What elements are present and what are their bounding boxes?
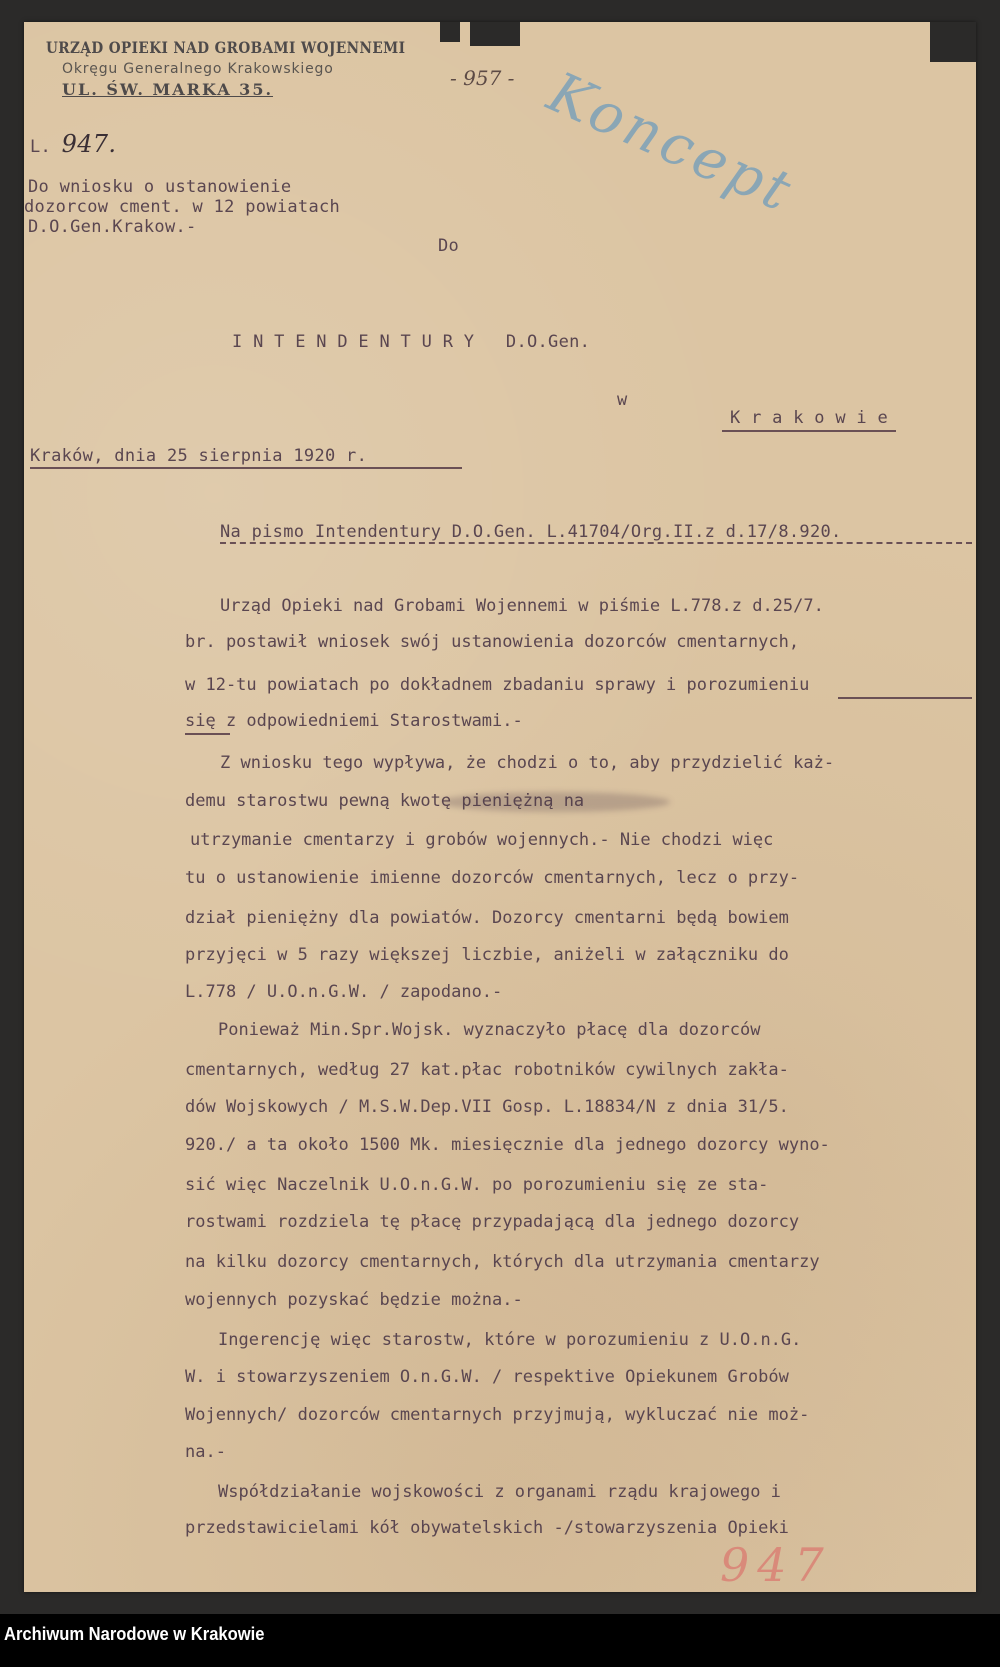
body-line: dów Wojskowych / M.S.W.Dep.VII Gosp. L.1… [185, 1097, 789, 1117]
page-number: - 957 - [450, 66, 514, 90]
body-line: Wojennych/ dozorców cmentarnych przyjmuj… [185, 1405, 809, 1425]
body-line: utrzymanie cmentarzy i grobów wojennych.… [190, 830, 773, 850]
body-line: Urząd Opieki nad Grobami Wojennemi w piś… [220, 596, 824, 616]
body-line: Współdziałanie wojskowości z organami rz… [218, 1482, 781, 1502]
letterhead-line-1: URZĄD OPIEKI NAD GROBAMI WOJENNEMI [46, 38, 405, 57]
body-line: przedstawicielami kół obywatelskich -/st… [185, 1518, 789, 1538]
letterhead-line-3: UL. ŚW. MARKA 35. [62, 80, 273, 99]
body-line: W. i stowarzyszeniem O.n.G.W. / respekti… [185, 1367, 789, 1387]
letterhead-line-2: Okręgu Generalnego Krakowskiego [62, 61, 334, 77]
addressee-name: I N T E N D E N T U R Y D.O.Gen. [232, 332, 590, 352]
underline-porozumieniu [838, 697, 972, 699]
paper-tear [930, 22, 976, 62]
reference-handwritten: 947. [62, 130, 117, 158]
body-line: na.- [185, 1442, 226, 1462]
body-line: Z wniosku tego wypływa, że chodzi o to, … [220, 753, 834, 773]
body-line: cmentarnych, według 27 kat.płac robotnik… [185, 1060, 789, 1080]
body-line: L.778 / U.O.n.G.W. / zapodano.- [185, 982, 502, 1002]
underline-sie [185, 733, 230, 735]
body-line: na kilku dozorcy cmentarnych, których dl… [185, 1252, 820, 1272]
body-line: w 12-tu powiatach po dokładnem zbadaniu … [185, 675, 809, 695]
body-line: br. postawił wniosek swój ustanowienia d… [185, 632, 799, 652]
body-line: wojennych pozyskać będzie można.- [185, 1290, 523, 1310]
body-line: sić więc Naczelnik U.O.n.G.W. po porozum… [185, 1175, 768, 1195]
subject-line-2: dozorcow cment. w 12 powiatach [24, 197, 340, 217]
body-line: rostwami rozdziela tę płacę przypadającą… [185, 1212, 799, 1232]
addressee-to: Do [438, 236, 459, 256]
subject-line-3: D.O.Gen.Krakow.- [28, 217, 197, 237]
paper-tear [440, 22, 460, 42]
reference-line: Na pismo Intendentury D.O.Gen. L.41704/O… [220, 522, 972, 544]
ink-smudge [440, 792, 670, 812]
archive-name: Archiwum Narodowe w Krakowie [4, 1624, 264, 1645]
body-line: przyjęci w 5 razy większej liczbie, aniż… [185, 945, 789, 965]
body-line: 920./ a ta około 1500 Mk. miesięcznie dl… [185, 1135, 830, 1155]
paper-tear [470, 22, 520, 46]
body-line: dział pieniężny dla powiatów. Dozorcy cm… [185, 908, 789, 928]
body-line: tu o ustanowienie imienne dozorców cment… [185, 868, 799, 888]
body-line: Ingerencję więc starostw, które w porozu… [218, 1330, 801, 1350]
addressee-city: K r a k o w i e [722, 408, 896, 432]
body-line: się z odpowiedniemi Starostwami.- [185, 711, 523, 731]
addressee-w: w [617, 390, 628, 410]
reference-number: L. 947. [30, 130, 116, 158]
subject-line-1: Do wniosku o ustanowienie [28, 177, 291, 197]
date-line: Kraków, dnia 25 sierpnia 1920 r. [30, 446, 462, 469]
archive-footer: Archiwum Narodowe w Krakowie [0, 1614, 1000, 1667]
body-line: Ponieważ Min.Spr.Wojsk. wyznaczyło płacę… [218, 1020, 760, 1040]
reference-label: L. [30, 137, 51, 157]
annotation-red-number: 947 [720, 1538, 832, 1592]
